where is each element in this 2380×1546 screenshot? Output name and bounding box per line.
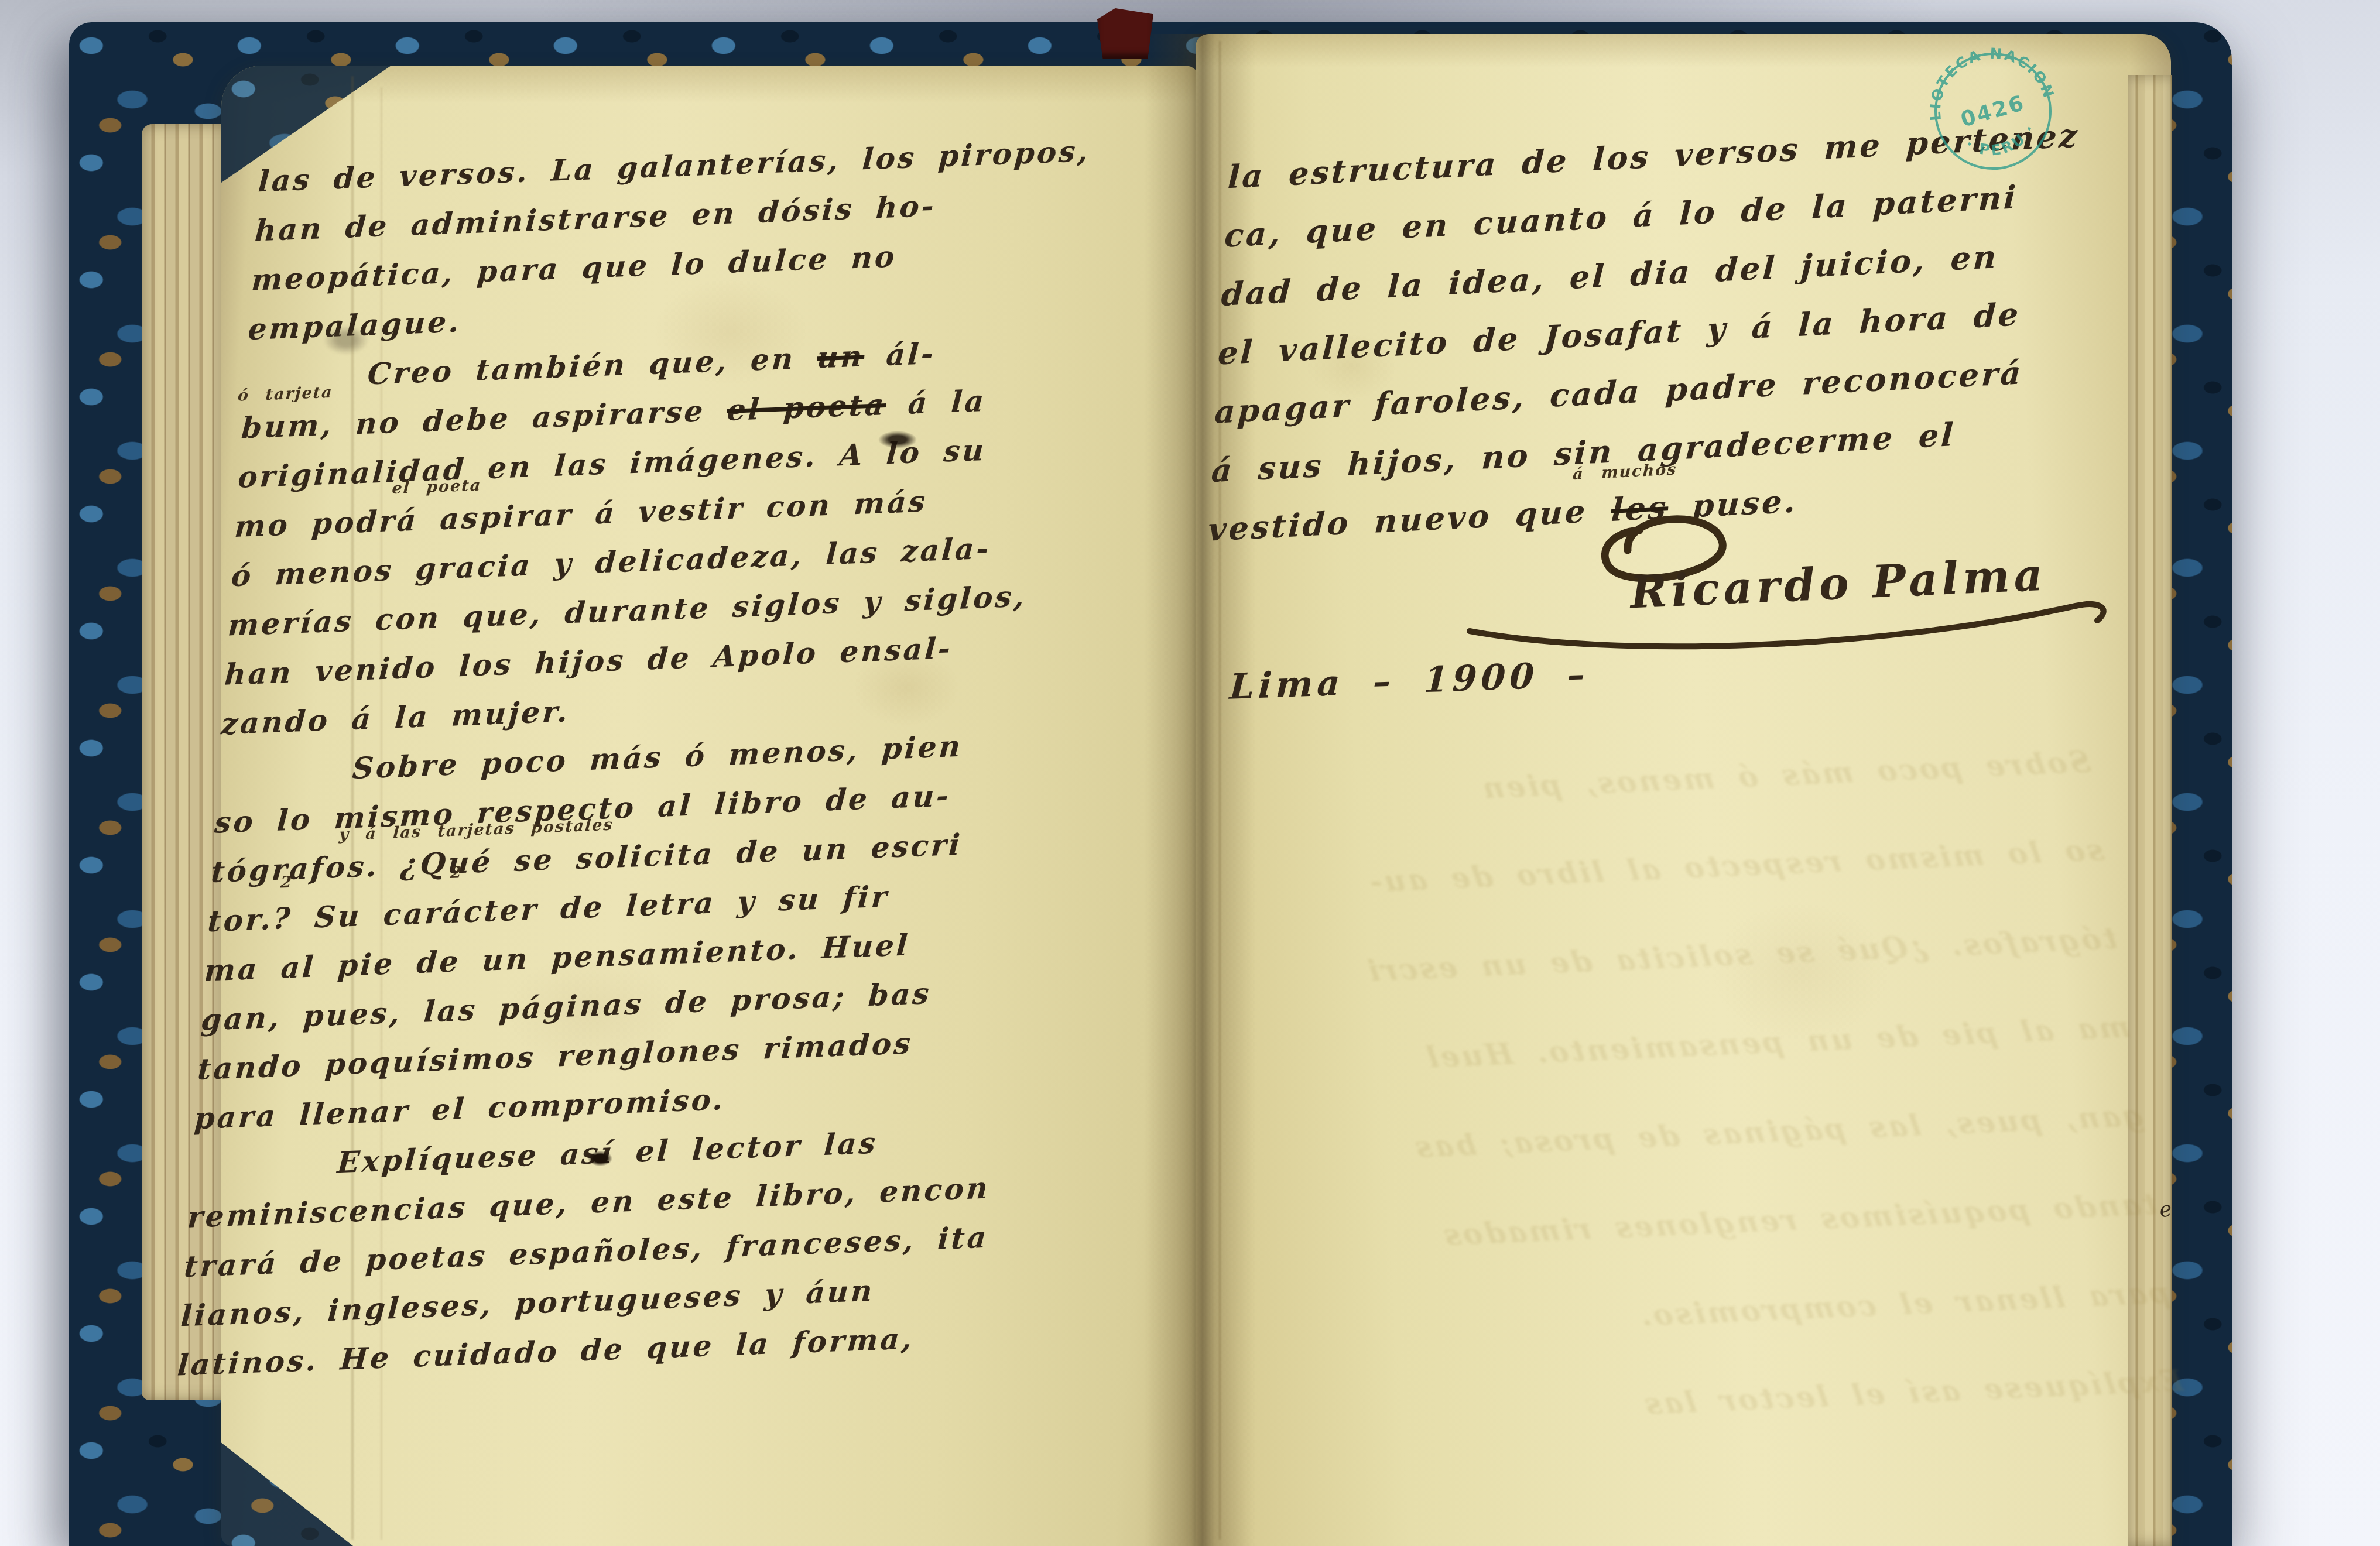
spine-headband	[1097, 8, 1153, 59]
interlinear-insertion: 2	[450, 864, 463, 882]
ink-blot	[588, 1151, 612, 1166]
interlinear-insertion: ó tarjeta	[237, 384, 333, 405]
line-text: ál-	[863, 336, 937, 373]
struck-text: el poeta	[726, 387, 888, 427]
line-text: á la	[885, 383, 988, 421]
stamp-number: 0426	[1958, 91, 2028, 132]
ink-blot	[878, 431, 917, 448]
photograph-of-open-manuscript: Sobre poco más ó menos, pien so lo mismo…	[0, 0, 2380, 1546]
line-text: zando á la mujer.	[220, 694, 571, 741]
interlinear-insertion: 2	[280, 874, 293, 892]
bleed-through-text: Sobre poco más ó menos, pien so lo mismo…	[1194, 717, 2189, 1464]
struck-text: un	[816, 338, 866, 375]
smudge	[323, 325, 369, 355]
interlinear-insertion: el poeta	[391, 477, 482, 498]
left-page-manuscript-text: las de versos. La galanterías, los pirop…	[176, 123, 1194, 1390]
line-text: Creo también que, en	[367, 340, 819, 391]
